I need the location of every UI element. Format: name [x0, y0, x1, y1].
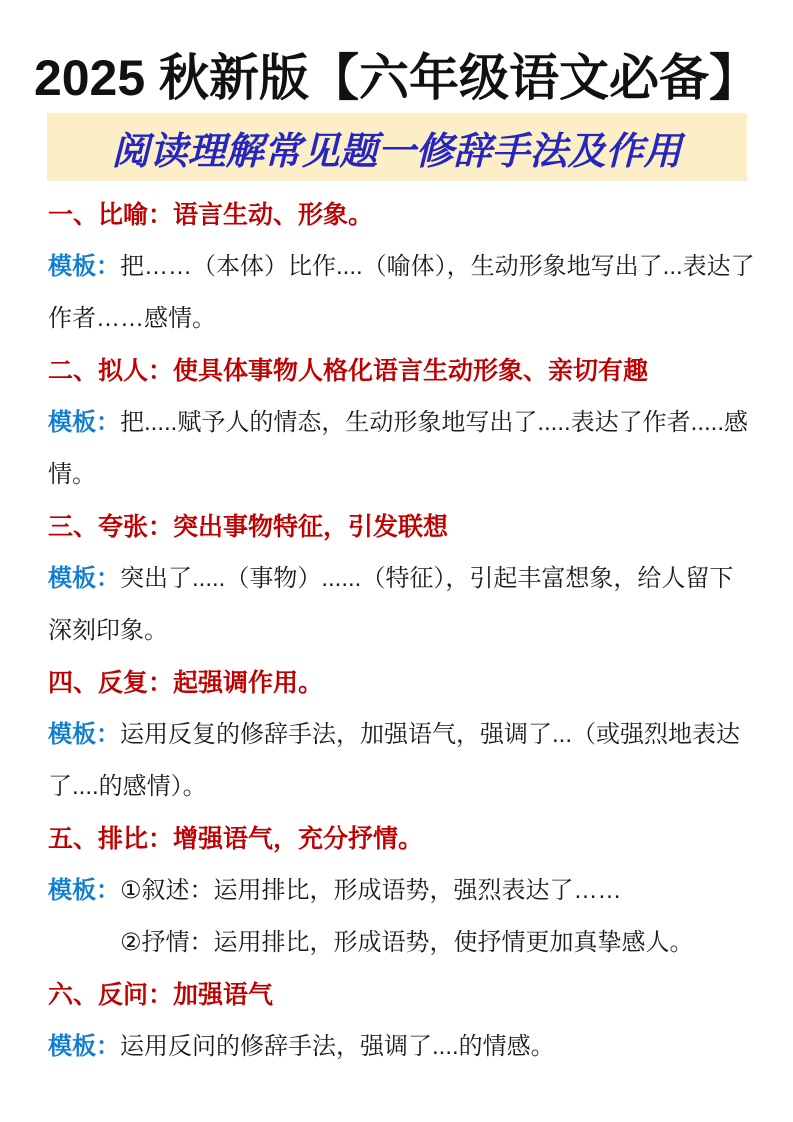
template-label: 模板： — [48, 253, 120, 280]
template-line: 了....的感情）。 — [48, 761, 775, 813]
template-text: 突出了.....（事物）......（特征），引起丰富想象，给人留下 — [120, 565, 733, 592]
template-label: 模板： — [48, 1033, 120, 1060]
template-line: 深刻印象。 — [48, 605, 775, 657]
section-heading: 三、夸张：突出事物特征，引发联想 — [48, 501, 775, 553]
template-line: 模板：运用反问的修辞手法，强调了....的情感。 — [48, 1021, 775, 1073]
section-heading: 一、比喻：语言生动、形象。 — [48, 189, 775, 241]
worksheet-page: 2025 秋新版【六年级语文必备】 阅读理解常见题一修辞手法及作用 一、比喻：语… — [0, 0, 793, 1122]
template-text: 运用反问的修辞手法，强调了....的情感。 — [120, 1033, 555, 1060]
section-heading: 五、排比：增强语气，充分抒情。 — [48, 813, 775, 865]
template-line: 模板：运用反复的修辞手法，加强语气，强调了...（或强烈地表达 — [48, 709, 775, 761]
template-line: ②抒情：运用排比，形成语势，使抒情更加真挚感人。 — [48, 917, 775, 969]
section-metaphor: 一、比喻：语言生动、形象。 模板：把……（本体）比作....（喻体），生动形象地… — [48, 189, 775, 345]
template-line: 模板：①叙述：运用排比，形成语势，强烈表达了…… — [48, 865, 775, 917]
template-label: 模板： — [48, 409, 120, 436]
page-title: 2025 秋新版【六年级语文必备】 — [0, 46, 793, 110]
section-rhetorical-question: 六、反问：加强语气 模板：运用反问的修辞手法，强调了....的情感。 — [48, 969, 775, 1073]
section-repetition: 四、反复：起强调作用。 模板：运用反复的修辞手法，加强语气，强调了...（或强烈… — [48, 657, 775, 813]
template-line: 模板：把.....赋予人的情态，生动形象地写出了.....表达了作者.....感 — [48, 397, 775, 449]
subtitle-text: 阅读理解常见题一修辞手法及作用 — [111, 120, 681, 175]
section-personification: 二、拟人：使具体事物人格化语言生动形象、亲切有趣 模板：把.....赋予人的情态… — [48, 345, 775, 501]
template-text: ①叙述：运用排比，形成语势，强烈表达了…… — [120, 877, 622, 904]
section-hyperbole: 三、夸张：突出事物特征，引发联想 模板：突出了.....（事物）......（特… — [48, 501, 775, 657]
template-text: 运用反复的修辞手法，加强语气，强调了...（或强烈地表达 — [120, 721, 740, 748]
section-heading: 四、反复：起强调作用。 — [48, 657, 775, 709]
template-text: 把.....赋予人的情态，生动形象地写出了.....表达了作者.....感 — [120, 409, 748, 436]
template-line: 情。 — [48, 449, 775, 501]
subtitle-banner: 阅读理解常见题一修辞手法及作用 — [47, 113, 747, 181]
template-line: 作者……感情。 — [48, 293, 775, 345]
template-line: 模板：把……（本体）比作....（喻体），生动形象地写出了...表达了 — [48, 241, 775, 293]
section-parallelism: 五、排比：增强语气，充分抒情。 模板：①叙述：运用排比，形成语势，强烈表达了……… — [48, 813, 775, 969]
content-area: 一、比喻：语言生动、形象。 模板：把……（本体）比作....（喻体），生动形象地… — [0, 189, 793, 1073]
section-heading: 二、拟人：使具体事物人格化语言生动形象、亲切有趣 — [48, 345, 775, 397]
template-label: 模板： — [48, 565, 120, 592]
template-text: 把……（本体）比作....（喻体），生动形象地写出了...表达了 — [120, 253, 755, 280]
section-heading: 六、反问：加强语气 — [48, 969, 775, 1021]
template-line: 模板：突出了.....（事物）......（特征），引起丰富想象，给人留下 — [48, 553, 775, 605]
template-label: 模板： — [48, 877, 120, 904]
template-label: 模板： — [48, 721, 120, 748]
